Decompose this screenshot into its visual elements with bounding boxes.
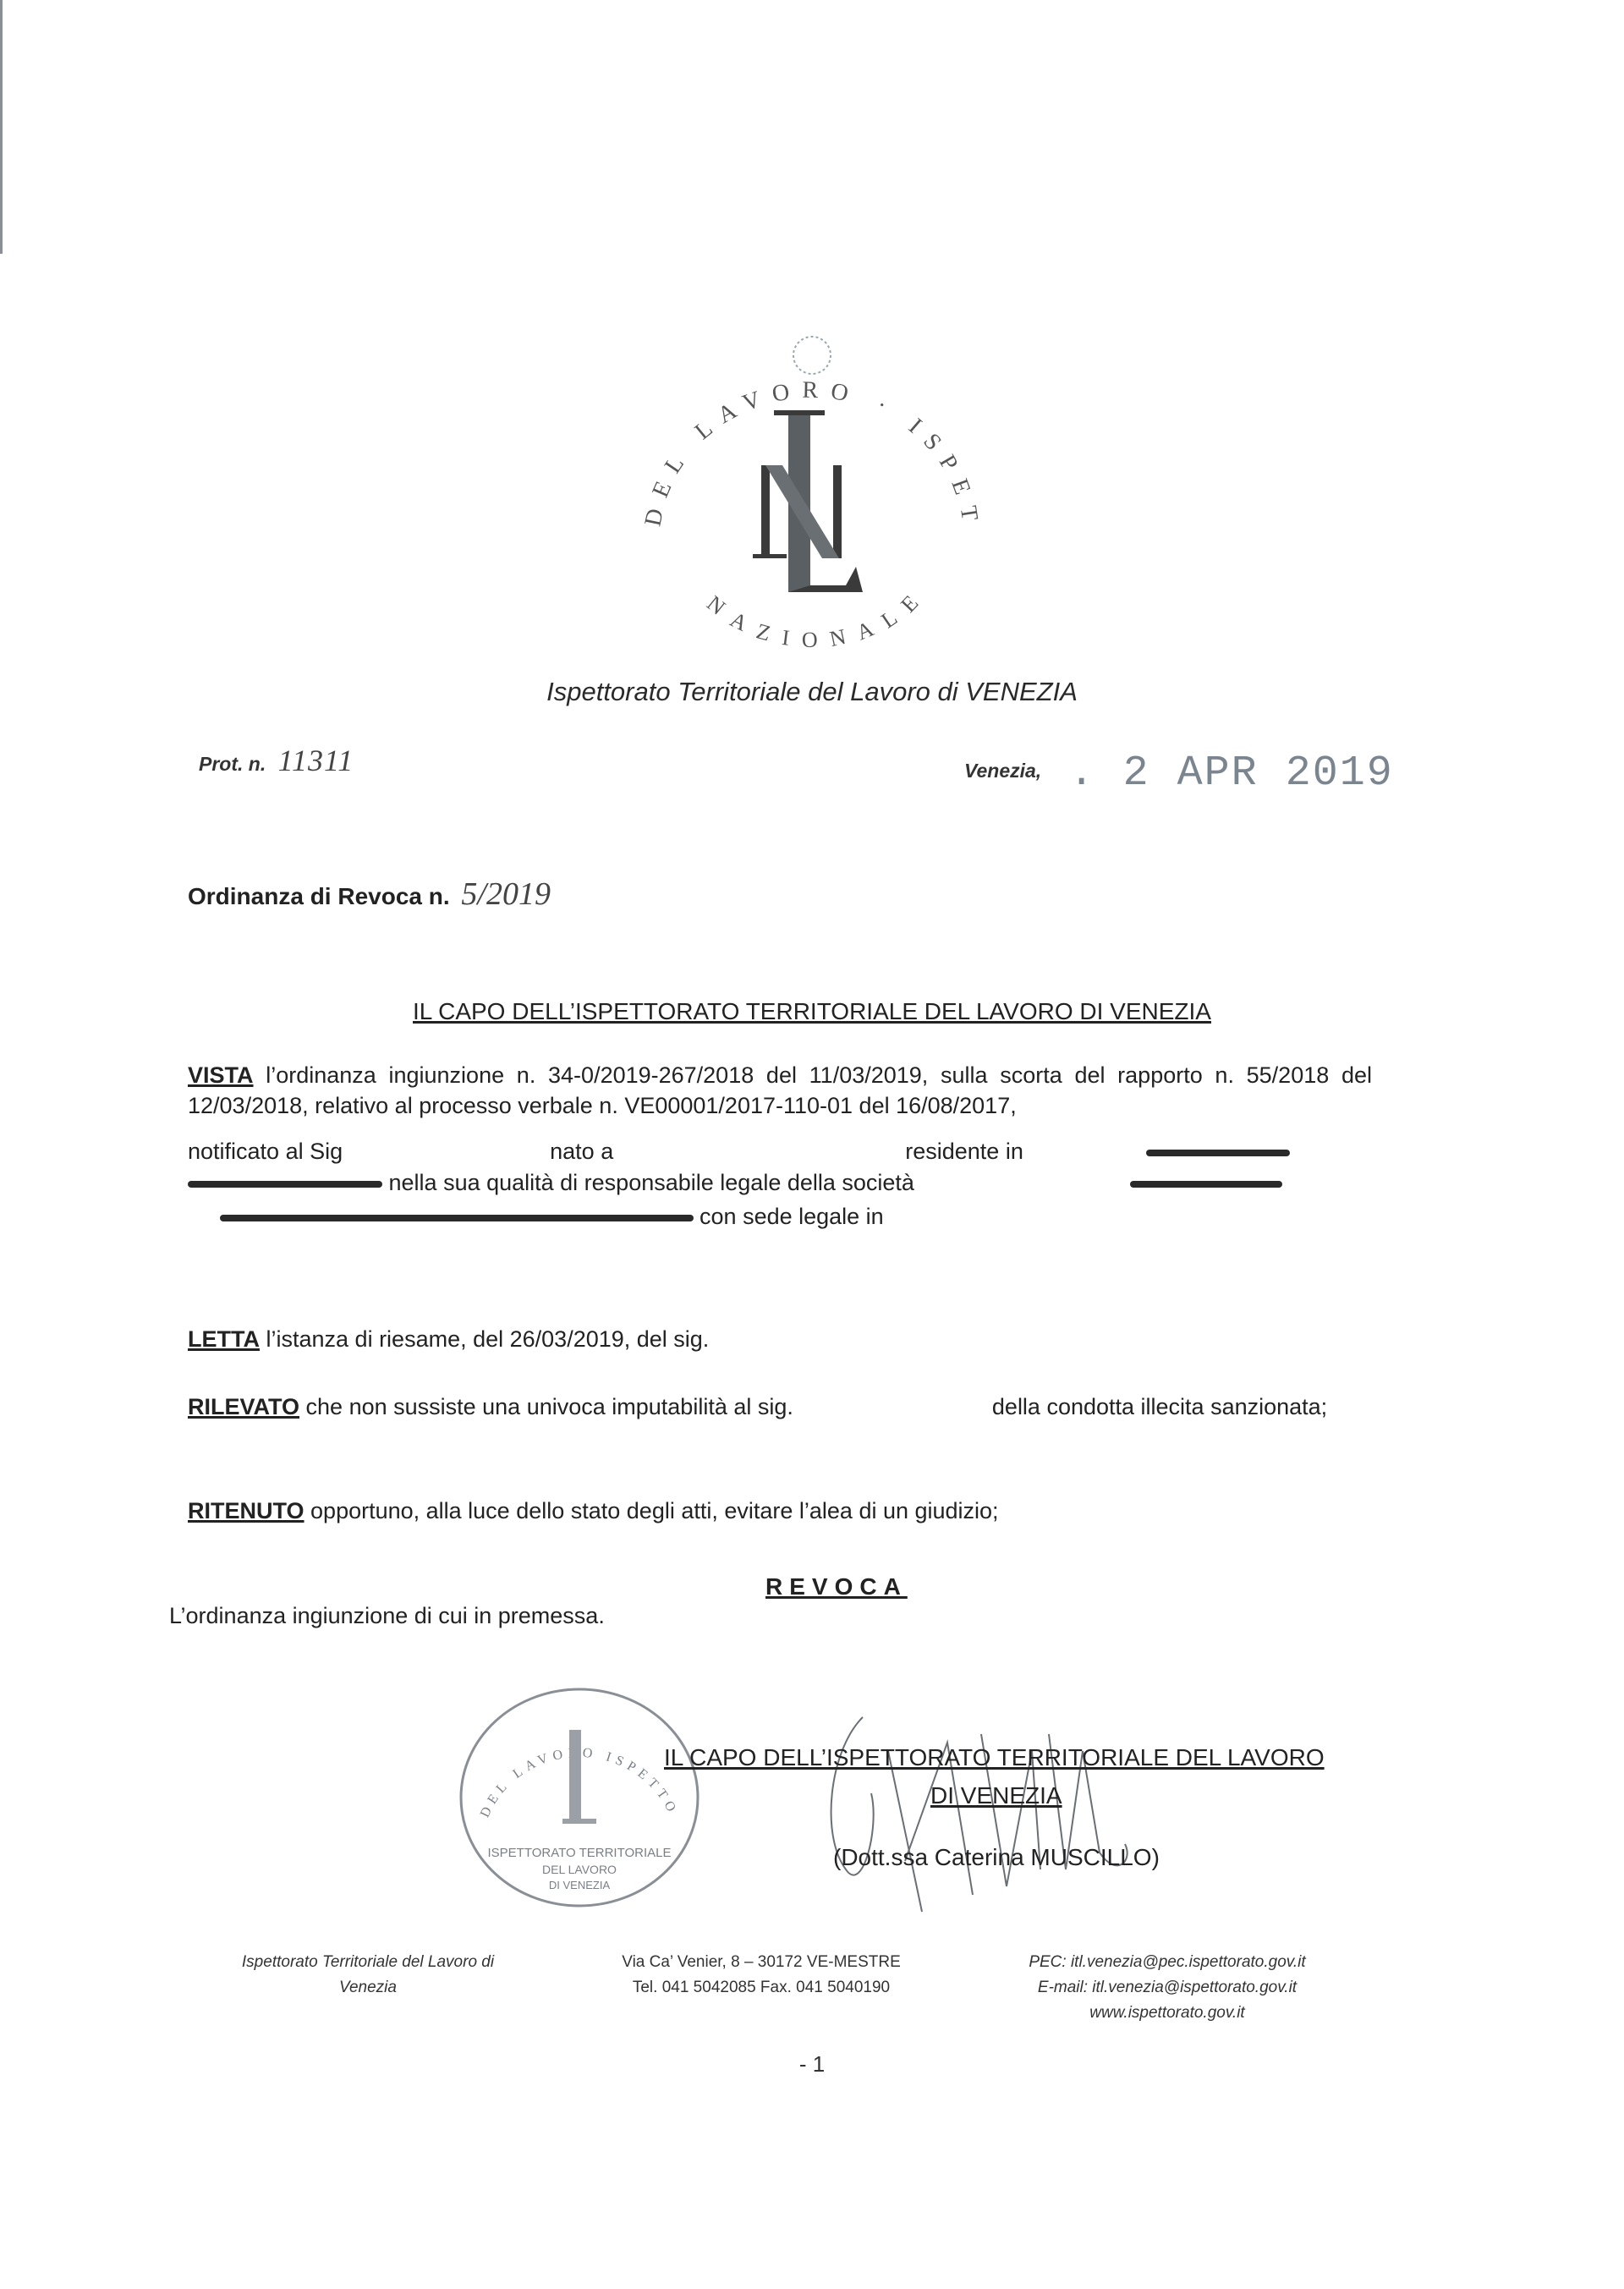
letta-text: l’istanza di riesame, del 26/03/2019, de… — [266, 1326, 710, 1352]
handwritten-signature — [812, 1700, 1167, 1920]
seal-icon: DEL LAVORO ISPETTORATO ISPETTORATO TERRI… — [453, 1679, 706, 1916]
footer-office-line1: Ispettorato Territoriale del Lavoro di — [203, 1950, 533, 1975]
vista-text: l’ordinanza ingiunzione n. 34-0/2019-267… — [188, 1062, 1372, 1118]
redaction-mark — [188, 1181, 382, 1188]
footer-pec[interactable]: PEC: itl.venezia@pec.ispettorato.gov.it — [973, 1950, 1362, 1975]
date-stamp: . 2 APR 2019 — [1069, 749, 1394, 798]
ritenuto-text: opportuno, alla luce dello stato degli a… — [310, 1498, 999, 1523]
office-title: Ispettorato Territoriale del Lavoro di V… — [0, 677, 1624, 707]
emblem-icon: DEL LAVORO · ISPETTORATO NAZIONALE — [592, 321, 1032, 677]
inl-logo: DEL LAVORO · ISPETTORATO NAZIONALE — [592, 321, 1032, 677]
footer-address: Via Ca’ Venier, 8 – 30172 VE-MESTRE Tel.… — [592, 1950, 930, 2001]
protocol-value: 11311 — [278, 744, 354, 777]
paragraph-vista-seat: con sede legale in — [188, 1201, 1372, 1232]
page-number: - 1 — [0, 2051, 1624, 2078]
paragraph-vista-notified: notificato al Sig nato a residente in — [188, 1136, 1372, 1166]
place: Venezia, — [964, 760, 1041, 782]
protocol-label: Prot. n. — [199, 753, 266, 775]
protocol-number: Prot. n. 11311 — [199, 743, 354, 778]
redaction-mark — [1130, 1181, 1282, 1188]
paragraph-letta: LETTA l’istanza di riesame, del 26/03/20… — [188, 1324, 1372, 1354]
rilevato-text-after: della condotta illecita sanzionata; — [992, 1394, 1327, 1419]
official-seal: DEL LAVORO ISPETTORATO ISPETTORATO TERRI… — [453, 1679, 706, 1916]
keyword-letta: LETTA — [188, 1326, 260, 1352]
born-text: nato a — [550, 1139, 613, 1164]
paragraph-rilevato: RILEVATO che non sussiste una univoca im… — [188, 1392, 1372, 1422]
signature-icon — [812, 1700, 1167, 1920]
footer-email[interactable]: E-mail: itl.venezia@ispettorato.gov.it — [973, 1975, 1362, 2001]
quality-text: nella sua qualità di responsabile legale… — [389, 1170, 914, 1195]
paragraph-ritenuto: RITENUTO opportuno, alla luce dello stat… — [188, 1496, 1372, 1526]
footer-office: Ispettorato Territoriale del Lavoro di V… — [203, 1950, 533, 2001]
resident-text: residente in — [905, 1139, 1023, 1164]
ordinance-value: 5/2019 — [461, 876, 551, 912]
paragraph-vista-quality: nella sua qualità di responsabile legale… — [188, 1167, 1372, 1198]
svg-text:ISPETTORATO TERRITORIALE: ISPETTORATO TERRITORIALE — [488, 1846, 672, 1860]
footer-phone-fax: Tel. 041 5042085 Fax. 041 5040190 — [592, 1975, 930, 2001]
redaction-mark — [1146, 1150, 1290, 1156]
keyword-ritenuto: RITENUTO — [188, 1498, 304, 1523]
place-date: Venezia, . 2 APR 2019 — [964, 743, 1394, 791]
signatory-title: IL CAPO DELL’ISPETTORATO TERRITORIALE DE… — [664, 1744, 1325, 1771]
decision-text: L’ordinanza ingiunzione di cui in premes… — [169, 1603, 605, 1629]
footer-office-line2: Venezia — [203, 1975, 533, 2001]
footer-contacts: PEC: itl.venezia@pec.ispettorato.gov.it … — [973, 1950, 1362, 2026]
keyword-vista: VISTA — [188, 1062, 254, 1088]
scan-edge-line — [0, 0, 3, 254]
svg-text:DI VENEZIA: DI VENEZIA — [549, 1879, 611, 1891]
seat-text: con sede legale in — [700, 1204, 884, 1229]
rilevato-text-before: che non sussiste una univoca imputabilit… — [306, 1394, 793, 1419]
decision-title: REVOCA — [765, 1573, 908, 1600]
footer-website[interactable]: www.ispettorato.gov.it — [973, 2001, 1362, 2026]
ordinance-label: Ordinanza di Revoca n. — [188, 883, 450, 909]
keyword-rilevato: RILEVATO — [188, 1394, 299, 1419]
notified-text: notificato al Sig — [188, 1139, 343, 1164]
signatory-name: (Dott.ssa Caterina MUSCILLO) — [833, 1844, 1160, 1871]
svg-text:DEL LAVORO ISPETTORATO: DEL LAVORO ISPETTORATO — [453, 1679, 681, 1820]
ordinance-number: Ordinanza di Revoca n. 5/2019 — [188, 876, 551, 913]
document-heading: IL CAPO DELL’ISPETTORATO TERRITORIALE DE… — [0, 998, 1624, 1025]
paragraph-vista: VISTA l’ordinanza ingiunzione n. 34-0/20… — [188, 1060, 1372, 1121]
redaction-mark — [220, 1215, 694, 1221]
footer-address-line1: Via Ca’ Venier, 8 – 30172 VE-MESTRE — [592, 1950, 930, 1975]
svg-text:DEL LAVORO: DEL LAVORO — [542, 1863, 617, 1876]
signatory-title-line2: DI VENEZIA — [930, 1782, 1062, 1809]
